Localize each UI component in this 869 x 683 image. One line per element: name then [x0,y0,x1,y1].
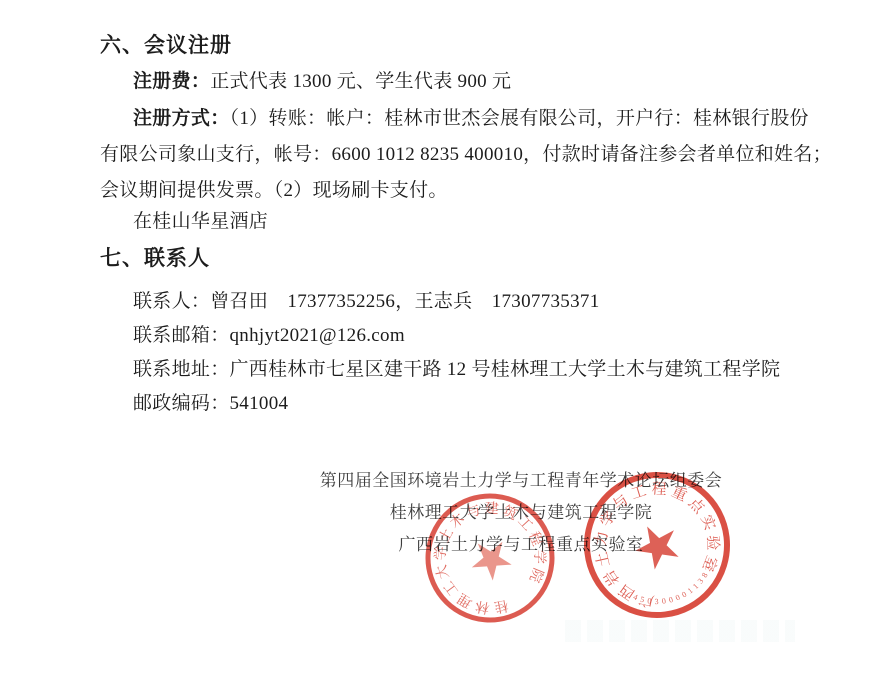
registration-method-line2: 有限公司象山支行，帐号：6600 1012 8235 400010，付款时请备注… [100,139,832,166]
registration-method-text: （1）转账：帐户：桂林市世杰会展有限公司，开户行：桂林银行股份 [230,108,809,129]
section-heading-contacts: 七、联系人 [100,242,210,272]
registration-method-line: 注册方式：（1）转账：帐户：桂林市世杰会展有限公司，开户行：桂林银行股份 [133,103,809,130]
registration-fee-label: 注册费： [133,71,210,92]
postal-code-line: 邮政编码：541004 [133,388,288,415]
registration-method-label: 注册方式： [133,108,230,129]
contact-email-line: 联系邮箱：qnhjyt2021@126.com [133,320,405,347]
registration-fee-text: 正式代表 1300 元、学生代表 900 元 [210,71,511,92]
registration-fee-line: 注册费：正式代表 1300 元、学生代表 900 元 [133,66,511,93]
document-page: 六、会议注册 注册费：正式代表 1300 元、学生代表 900 元 注册方式：（… [0,0,869,683]
section-heading-registration: 六、会议注册 [100,29,232,59]
university-college-seal-icon: 桂林理工大学土木与建筑工程学院 [415,483,565,633]
registration-method-line3: 会议期间提供发票。（2）现场刷卡支付。 [100,175,448,202]
venue-note-line: 在桂山华星酒店 [133,206,268,233]
contact-address-line: 联系地址：广西桂林市七星区建干路 12 号桂林理工大学土木与建筑工程学院 [133,354,780,381]
contact-person-line: 联系人：曾召田 17377352256，王志兵 17307735371 [133,286,600,313]
key-laboratory-seal-icon: 广西岩土力学与工程重点实验室 4503000011382 [577,465,737,625]
page-bleed-through [565,620,795,642]
